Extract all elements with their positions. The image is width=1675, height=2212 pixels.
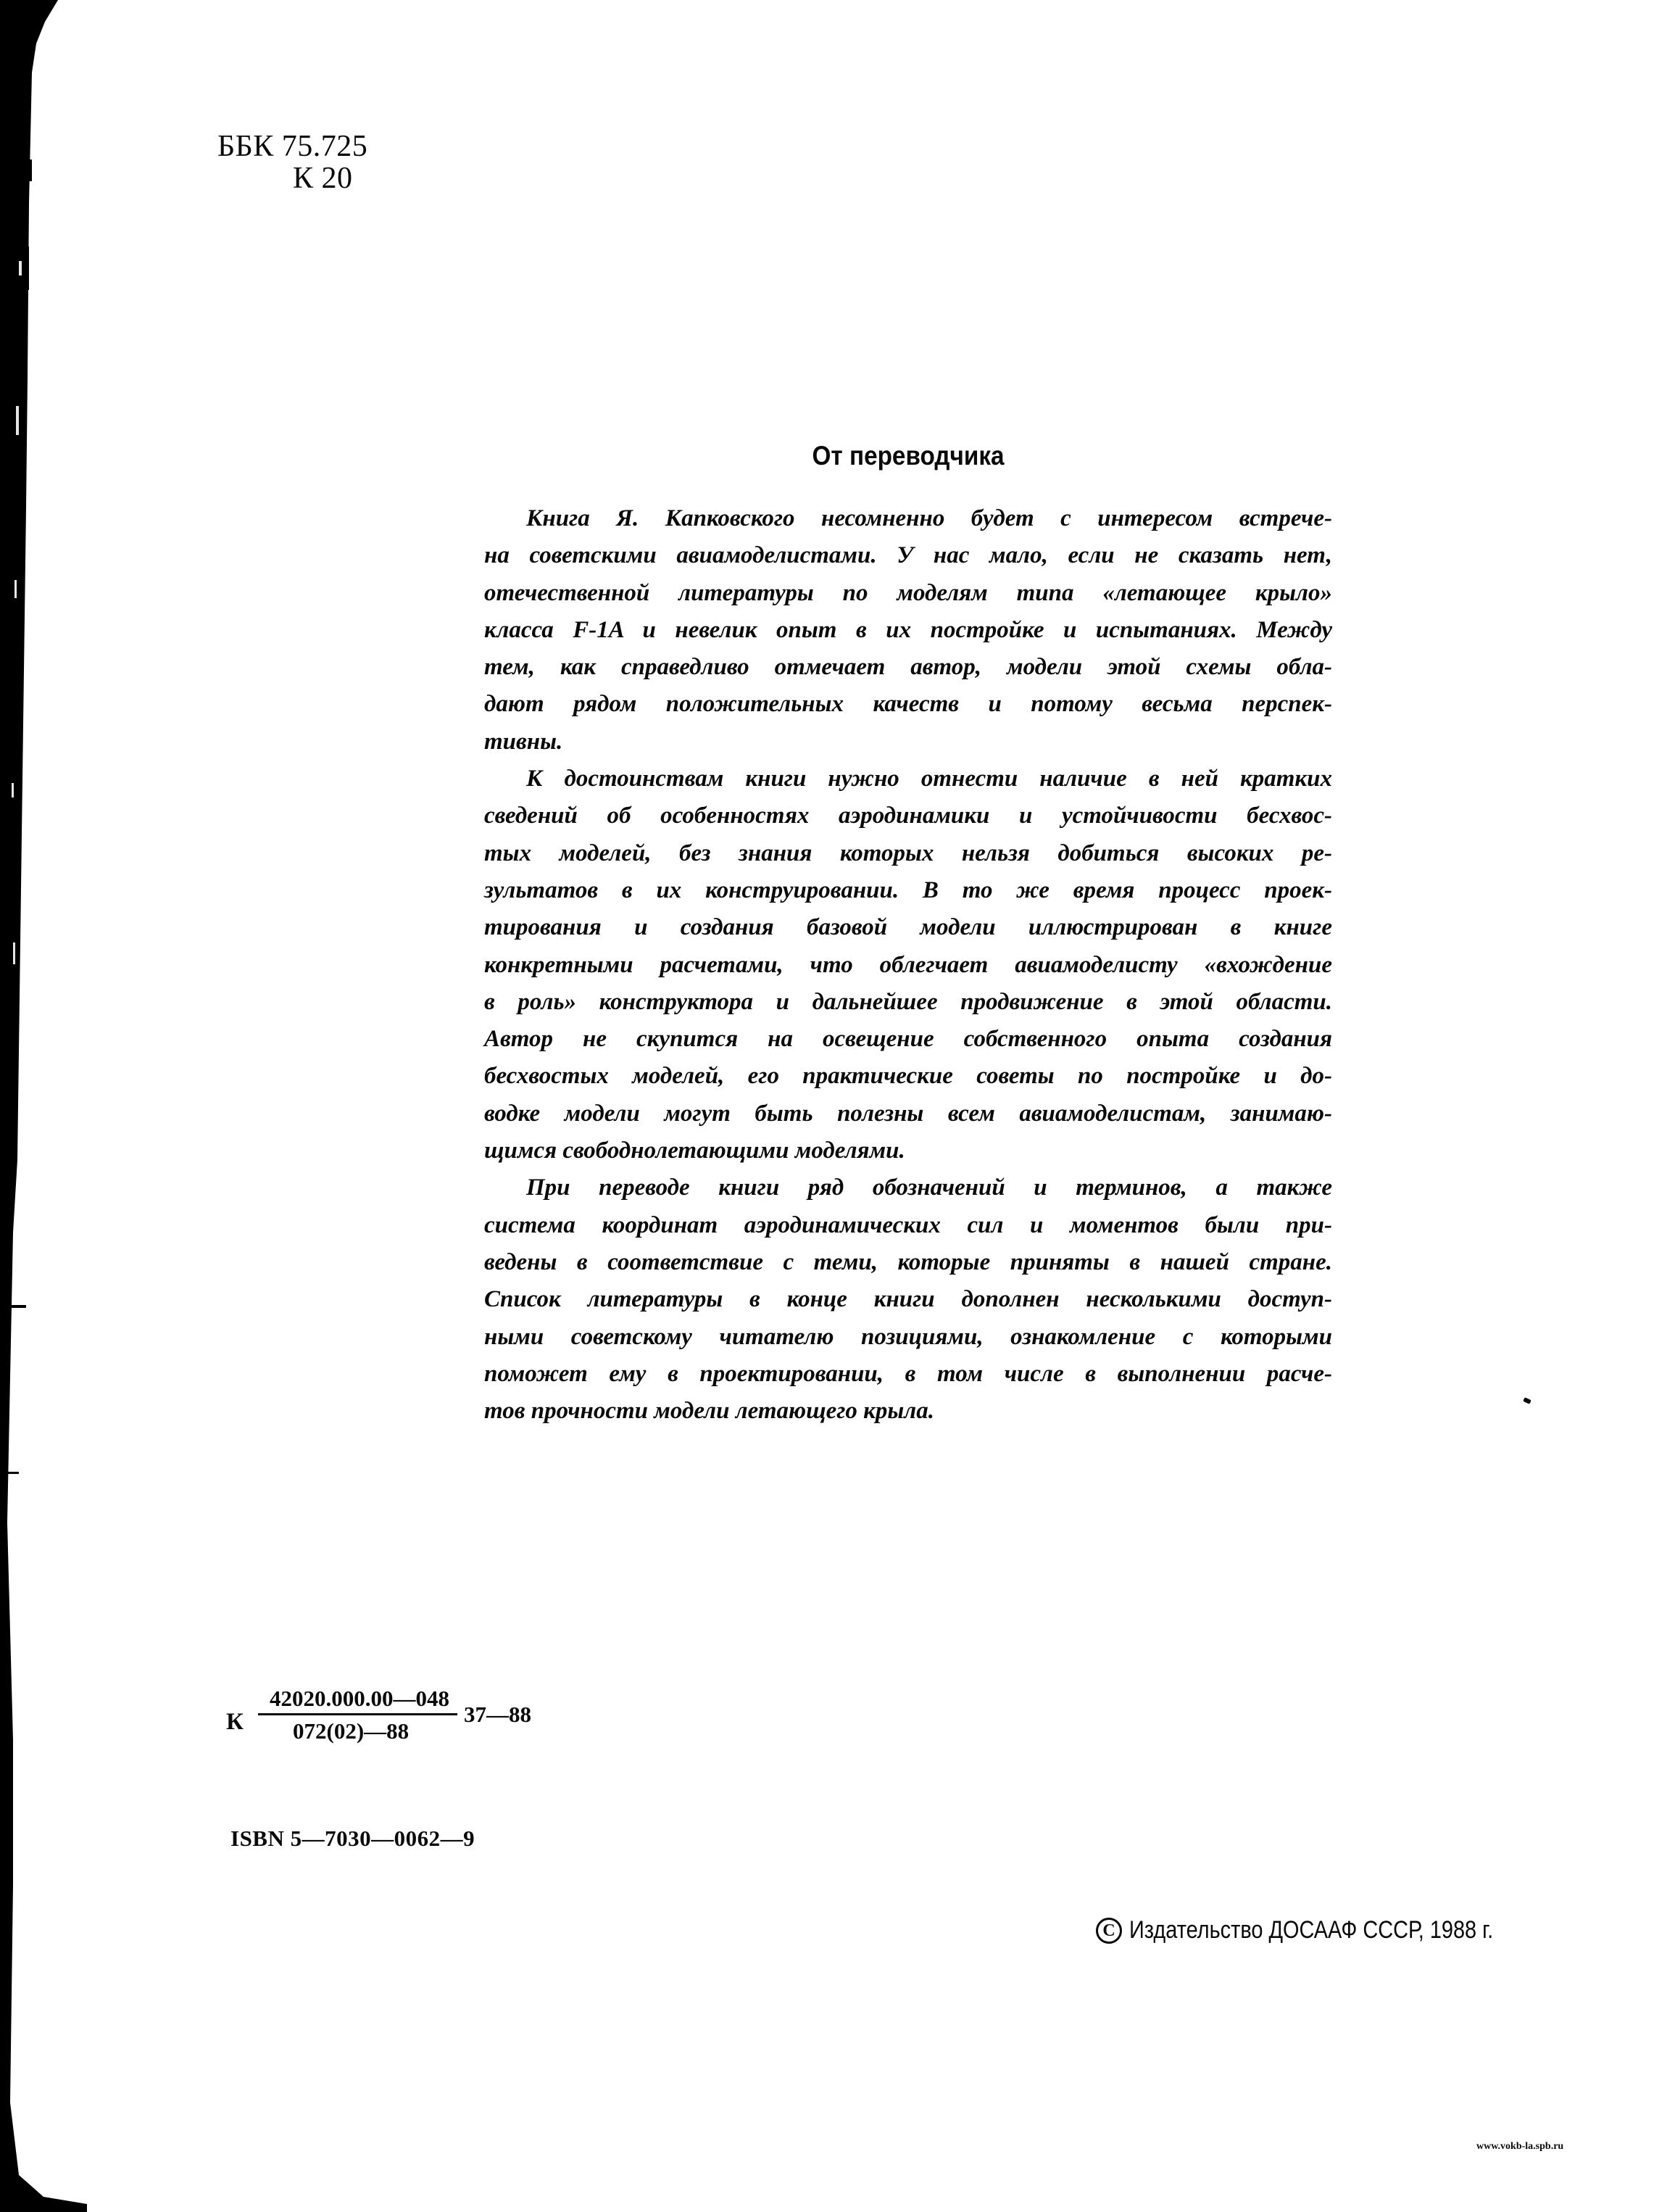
- text-line: дают рядом положительных качеств и потом…: [484, 686, 1332, 723]
- scan-binding-edge: [0, 0, 87, 2212]
- text-line: ными советскому читателю позициями, озна…: [484, 1319, 1332, 1356]
- text-line: сведений об особенностях аэродинамики и …: [484, 798, 1332, 834]
- text-line: тирования и создания базовой модели иллю…: [484, 909, 1332, 946]
- text-line: При переводе книги ряд обозначений и тер…: [484, 1169, 1332, 1206]
- copyright-text: Издательство ДОСААФ СССР, 1988 г.: [1129, 1916, 1493, 1944]
- author-mark: К 20: [217, 162, 367, 194]
- text-line: класса F-1A и невелик опыт в их постройк…: [484, 612, 1332, 649]
- text-line: ведены в соответствие с теми, которые пр…: [484, 1244, 1332, 1281]
- catalog-numerator: 42020.000.00—048: [258, 1686, 461, 1712]
- catalog-suffix: 37—88: [464, 1702, 531, 1728]
- text-line: щимся свободнолетающими моделями.: [484, 1132, 1332, 1169]
- text-line: К достоинствам книги нужно отнести налич…: [484, 761, 1332, 798]
- text-line: на советскими авиамоделистами. У нас мал…: [484, 537, 1332, 574]
- text-line: система координат аэродинамических сил и…: [484, 1207, 1332, 1244]
- text-line: в роль» конструктора и дальнейшее продви…: [484, 984, 1332, 1021]
- text-line: тов прочности модели летающего крыла.: [484, 1393, 1332, 1430]
- copyright-icon: C: [1096, 1918, 1122, 1944]
- text-line: тем, как справедливо отмечает автор, мод…: [484, 649, 1332, 686]
- section-title: От переводчика: [527, 441, 1290, 471]
- fraction-bar: [258, 1713, 457, 1715]
- text-line: поможет ему в проектировании, в том числ…: [484, 1356, 1332, 1393]
- text-line: Список литературы в конце книги дополнен…: [484, 1281, 1332, 1318]
- catalog-fraction: 42020.000.00—048 072(02)—88: [258, 1686, 461, 1744]
- bbk-classification: ББК 75.725 К 20: [217, 131, 367, 194]
- text-line: водке модели могут быть полезны всем ави…: [484, 1095, 1332, 1132]
- text-line: бесхвостых моделей, его практические сов…: [484, 1058, 1332, 1095]
- text-line: зультатов в их конструировании. В то же …: [484, 872, 1332, 909]
- isbn: ISBN 5—7030—0062—9: [230, 1826, 475, 1852]
- translator-preface-text: Книга Я. Капковского несомненно будет с …: [484, 500, 1332, 1430]
- text-line: Автор не скупится на освещение собственн…: [484, 1021, 1332, 1058]
- catalog-prefix: К: [226, 1709, 244, 1736]
- text-line: тивны.: [484, 724, 1332, 761]
- text-line: тых моделей, без знания которых нельзя д…: [484, 835, 1332, 872]
- bbk-code: ББК 75.725: [217, 131, 367, 162]
- text-line: конкретными расчетами, что облегчает ави…: [484, 947, 1332, 984]
- text-line: отечественной литературы по моделям типа…: [484, 575, 1332, 612]
- source-watermark: www.vokb-la.spb.ru: [1476, 2141, 1563, 2153]
- catalog-denominator: 072(02)—88: [258, 1718, 461, 1744]
- text-line: Книга Я. Капковского несомненно будет с …: [484, 500, 1332, 537]
- scan-speck: [1523, 1397, 1531, 1404]
- copyright-line: C Издательство ДОСААФ СССР, 1988 г.: [1096, 1916, 1558, 1944]
